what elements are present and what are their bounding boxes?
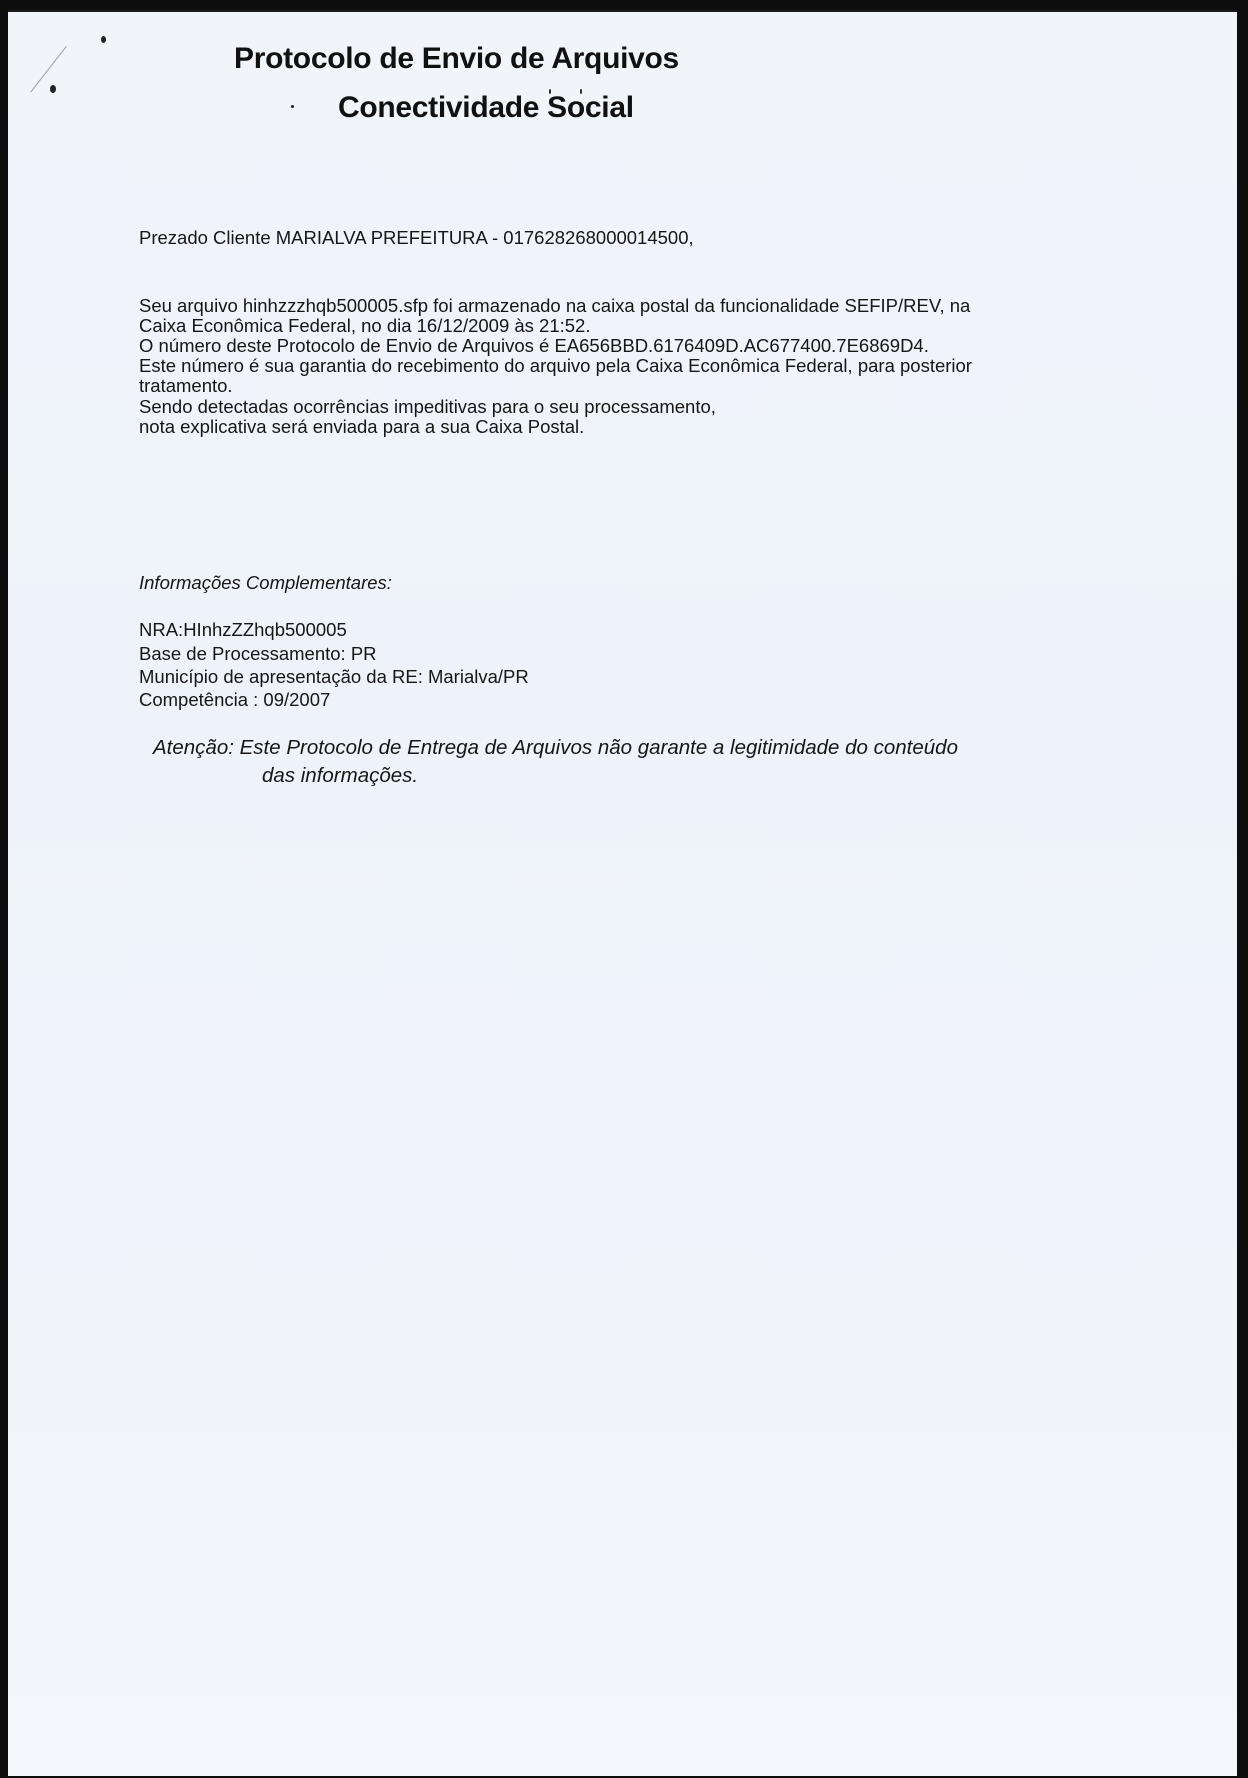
greeting-line: Prezado Cliente MARIALVA PREFEITURA - 01… [139,228,694,248]
municipio-line: Município de apresentação da RE: Marialv… [139,667,529,687]
scan-speck-icon [50,85,56,93]
base-line: Base de Processamento: PR [139,644,377,664]
scan-scratch-mark [30,46,66,92]
scan-speck-icon [101,36,106,43]
protocol-number-line: O número deste Protocolo de Envio de Arq… [139,336,929,356]
body-line: Caixa Econômica Federal, no dia 16/12/20… [139,316,591,336]
document-title: Protocolo de Envio de Arquivos [234,42,679,76]
scanned-page [8,10,1237,1776]
body-line: Este número é sua garantia do recebiment… [139,356,972,376]
attention-note-line1: Atenção: Este Protocolo de Entrega de Ar… [153,736,958,760]
body-line: nota explicativa será enviada para a sua… [139,417,584,437]
body-line: Seu arquivo hinhzzzhqb500005.sfp foi arm… [139,296,970,316]
body-line: tratamento. [139,376,233,396]
competencia-line: Competência : 09/2007 [139,690,330,710]
attention-note-line2: das informações. [262,764,418,788]
document-subtitle: Conectividade Social [338,91,634,125]
nra-line: NRA:HInhzZZhqb500005 [139,620,347,640]
complementary-heading: Informações Complementares: [139,573,392,593]
body-line: Sendo detectadas ocorrências impeditivas… [139,397,716,417]
scan-speck-icon [291,105,294,108]
